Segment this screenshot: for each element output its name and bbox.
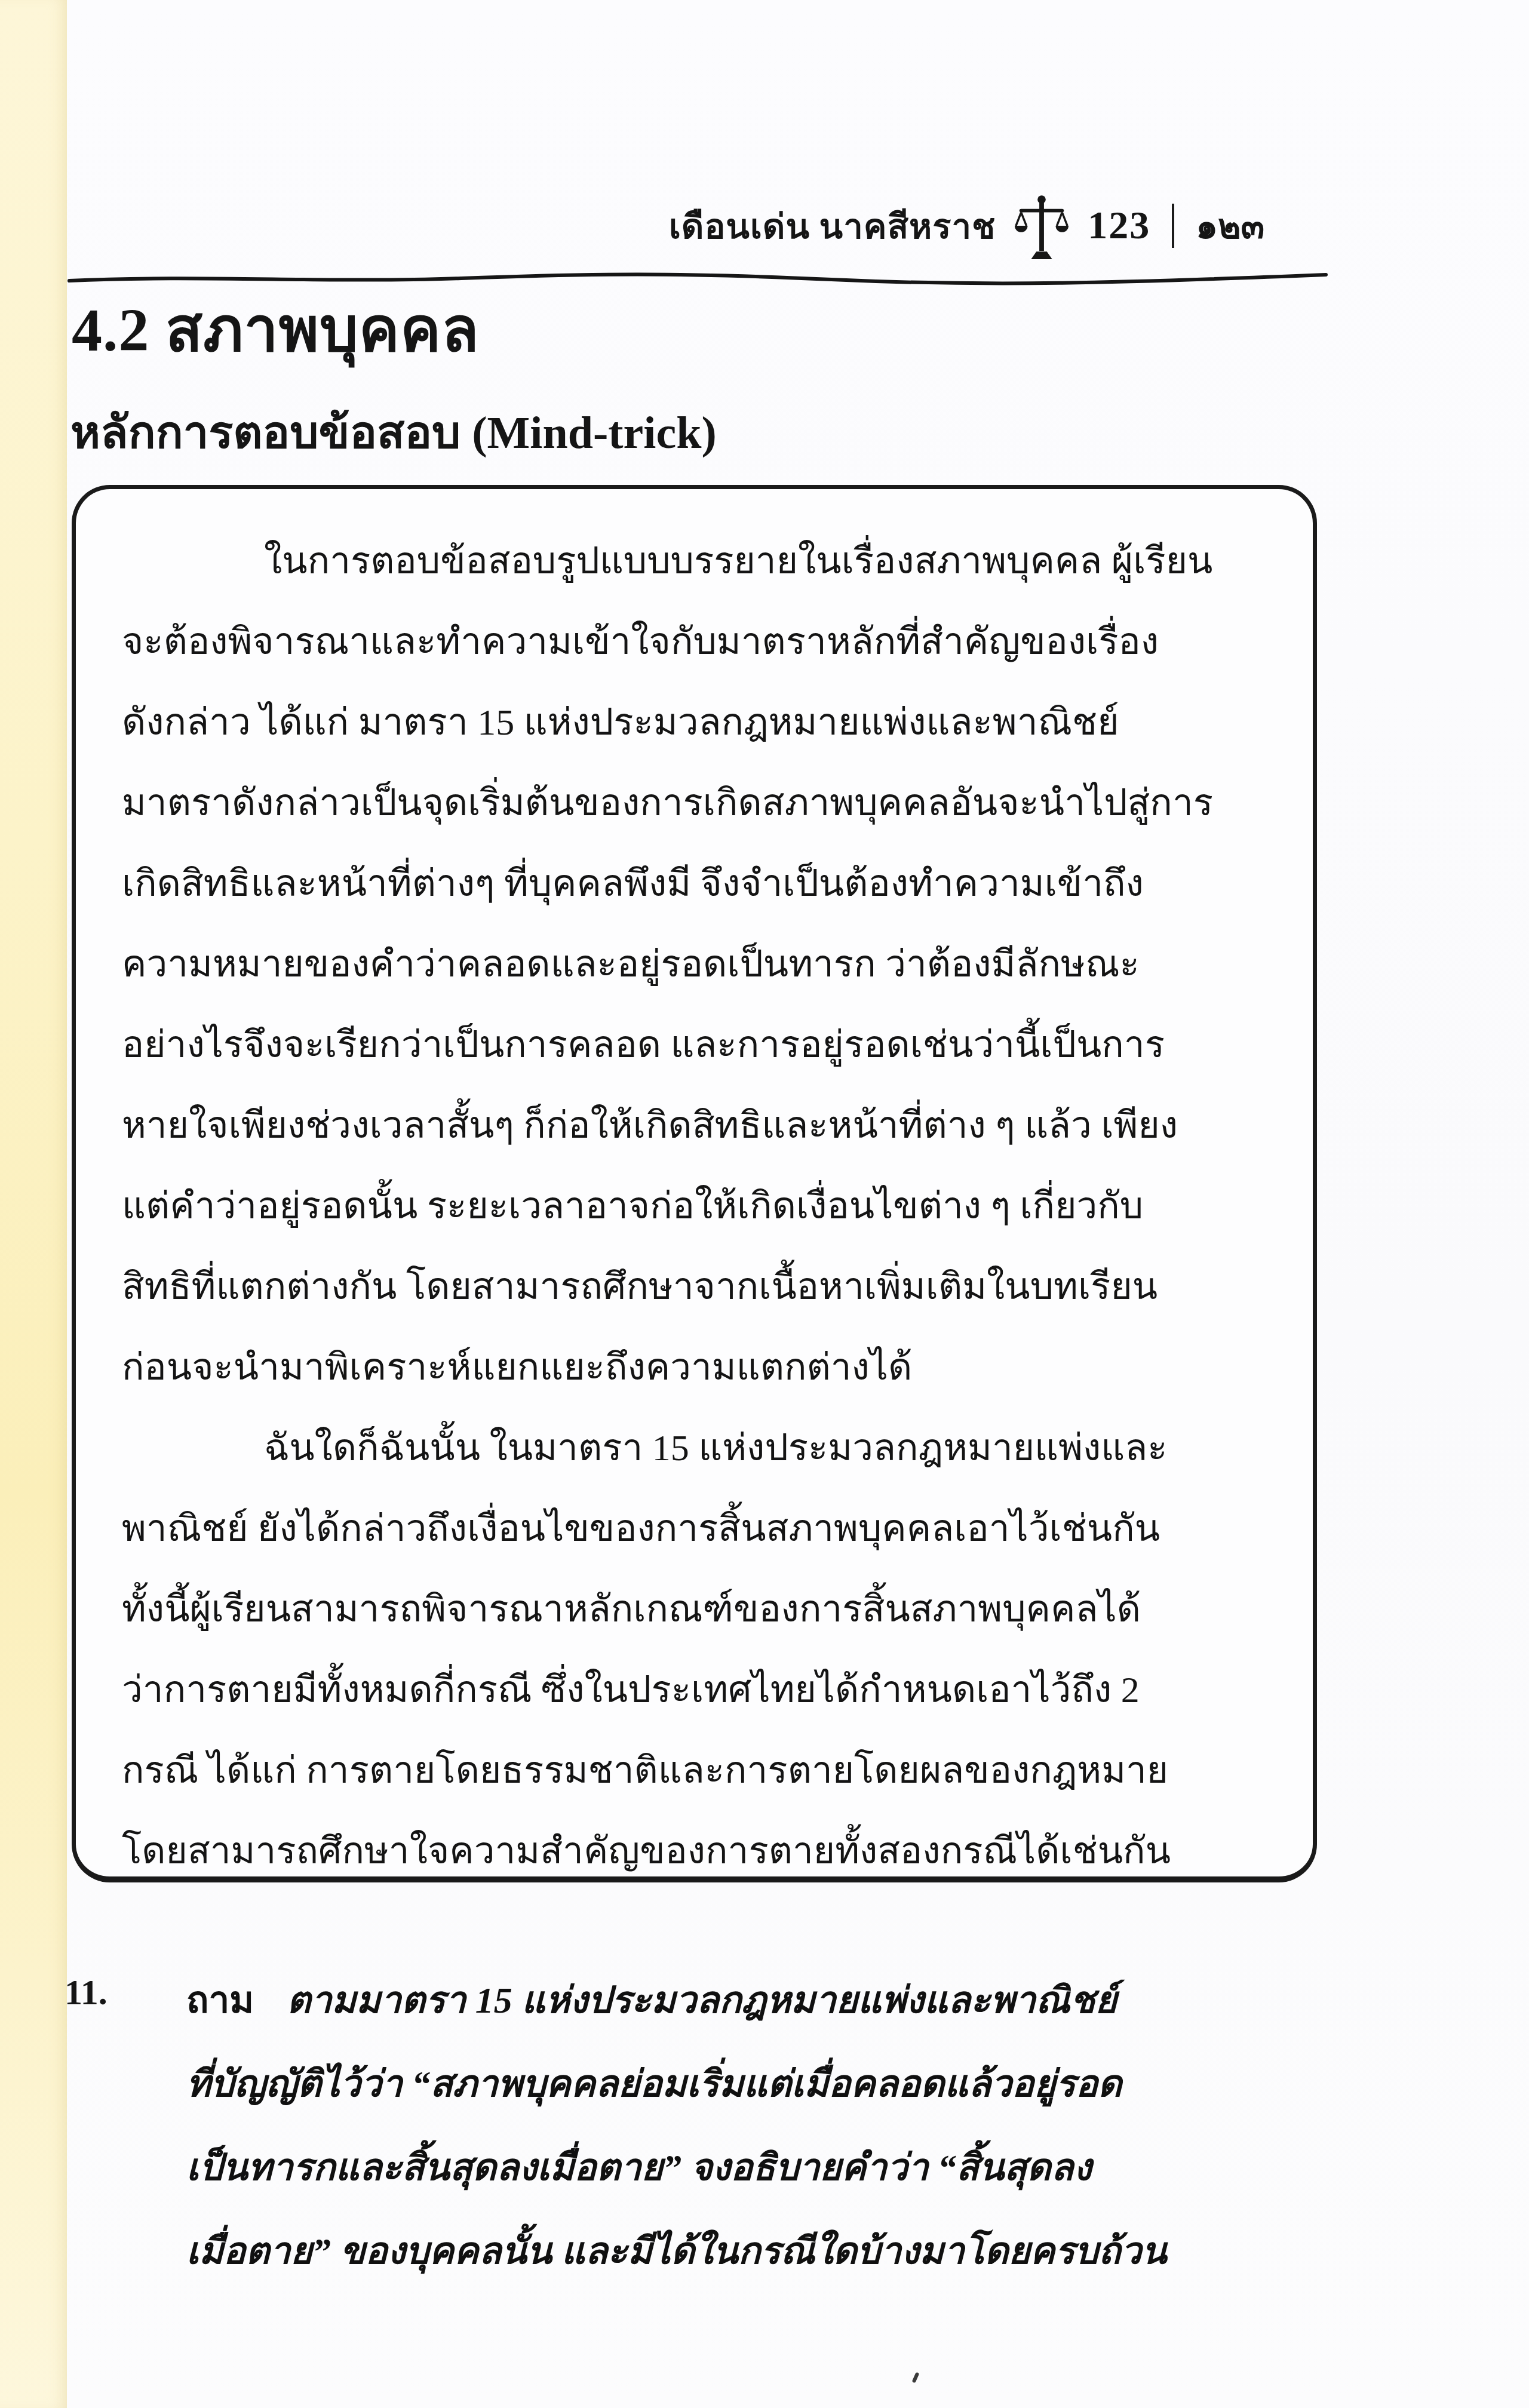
scanned-book-page: เดือนเด่น นาคสีหราช 123 ๑๒๓ 4.2 สภาพบุคค… <box>0 0 1529 2408</box>
question-label: ถาม <box>186 1980 254 2021</box>
author-name: เดือนเด่น นาคสีหราช <box>669 198 996 254</box>
box-text-line: ดังกล่าว ได้แก่ มาตรา 15 แห่งประมวลกฎหมา… <box>122 687 1292 766</box>
box-text-line: กรณี ได้แก่ การตายโดยธรรมชาติและการตายโด… <box>122 1735 1292 1814</box>
box-text-line: จะต้องพิจารณาและทำความเข้าใจกับมาตราหลัก… <box>122 606 1292 685</box>
box-text-line: ทั้งนี้ผู้เรียนสามารถพิจารณาหลักเกณฑ์ของ… <box>122 1574 1292 1653</box>
page-number-arabic: 123 <box>1088 203 1150 248</box>
scales-of-justice-icon <box>1014 193 1070 262</box>
box-text-line: ความหมายของคำว่าคลอดและอยู่รอดเป็นทารก ว… <box>122 929 1292 1008</box>
box-text-line: เกิดสิทธิและหน้าที่ต่างๆ ที่บุคคลพึงมี จ… <box>122 848 1292 927</box>
box-text-line: ฉันใดก็ฉันนั้น ในมาตรา 15 แห่งประมวลกฎหม… <box>122 1412 1435 1491</box>
box-text-line: มาตราดังกล่าวเป็นจุดเริ่มต้นของการเกิดสภ… <box>122 767 1292 846</box>
running-head: เดือนเด่น นาคสีหราช 123 ๑๒๓ <box>669 190 1264 262</box>
book-edge-strip <box>0 0 67 2408</box>
box-text-line: พาณิชย์ ยังได้กล่าวถึงเงื่อนไขของการสิ้น… <box>122 1493 1292 1572</box>
section-title: 4.2 สภาพบุคคล <box>72 281 480 377</box>
box-text-line: อย่างไรจึงจะเรียกว่าเป็นการคลอด และการอย… <box>122 1009 1292 1088</box>
section-subtitle: หลักการตอบข้อสอบ (Mind-trick) <box>70 397 717 468</box>
question-line: ถามตามมาตรา 15 แห่งประมวลกฎหมายแพ่งและพา… <box>186 1971 1357 2029</box>
question-text: ตามมาตรา 15 แห่งประมวลกฎหมายแพ่งและพาณิช… <box>287 1980 1117 2021</box>
box-text-line: หายใจเพียงช่วงเวลาสั้นๆ ก็ก่อให้เกิดสิทธ… <box>122 1090 1292 1169</box>
box-text-line: ก่อนจะนำมาพิเคราะห์แยกแยะถึงความแตกต่างไ… <box>122 1332 1292 1411</box>
question-line: เป็นทารกและสิ้นสุดลงเมื่อตาย” จงอธิบายคำ… <box>186 2138 1357 2197</box>
box-text-line: ว่าการตายมีทั้งหมดกี่กรณี ซึ่งในประเทศไท… <box>122 1654 1292 1733</box>
question-line: เมื่อตาย” ของบุคคลนั้น และมีได้ในกรณีใดบ… <box>186 2222 1357 2280</box>
page-number-thai: ๑๒๓ <box>1196 198 1264 254</box>
box-text-line: สิทธิที่แตกต่างกัน โดยสามารถศึกษาจากเนื้… <box>122 1251 1292 1330</box>
question-line: ที่บัญญัติไว้ว่า “สภาพบุคคลย่อมเริ่มแต่เ… <box>186 2054 1357 2113</box>
box-text-line: โดยสามารถศึกษาใจความสำคัญของการตายทั้งสอ… <box>122 1816 1292 1894</box>
box-text-line: ในการตอบข้อสอบรูปแบบบรรยายในเรื่องสภาพบุ… <box>122 526 1435 604</box>
scan-artifact-speck <box>912 2372 920 2384</box>
box-text-line: แต่คำว่าอยู่รอดนั้น ระยะเวลาอาจก่อให้เกิ… <box>122 1171 1292 1249</box>
question-number: 11. <box>65 1972 108 2013</box>
page-number-divider <box>1172 204 1174 248</box>
